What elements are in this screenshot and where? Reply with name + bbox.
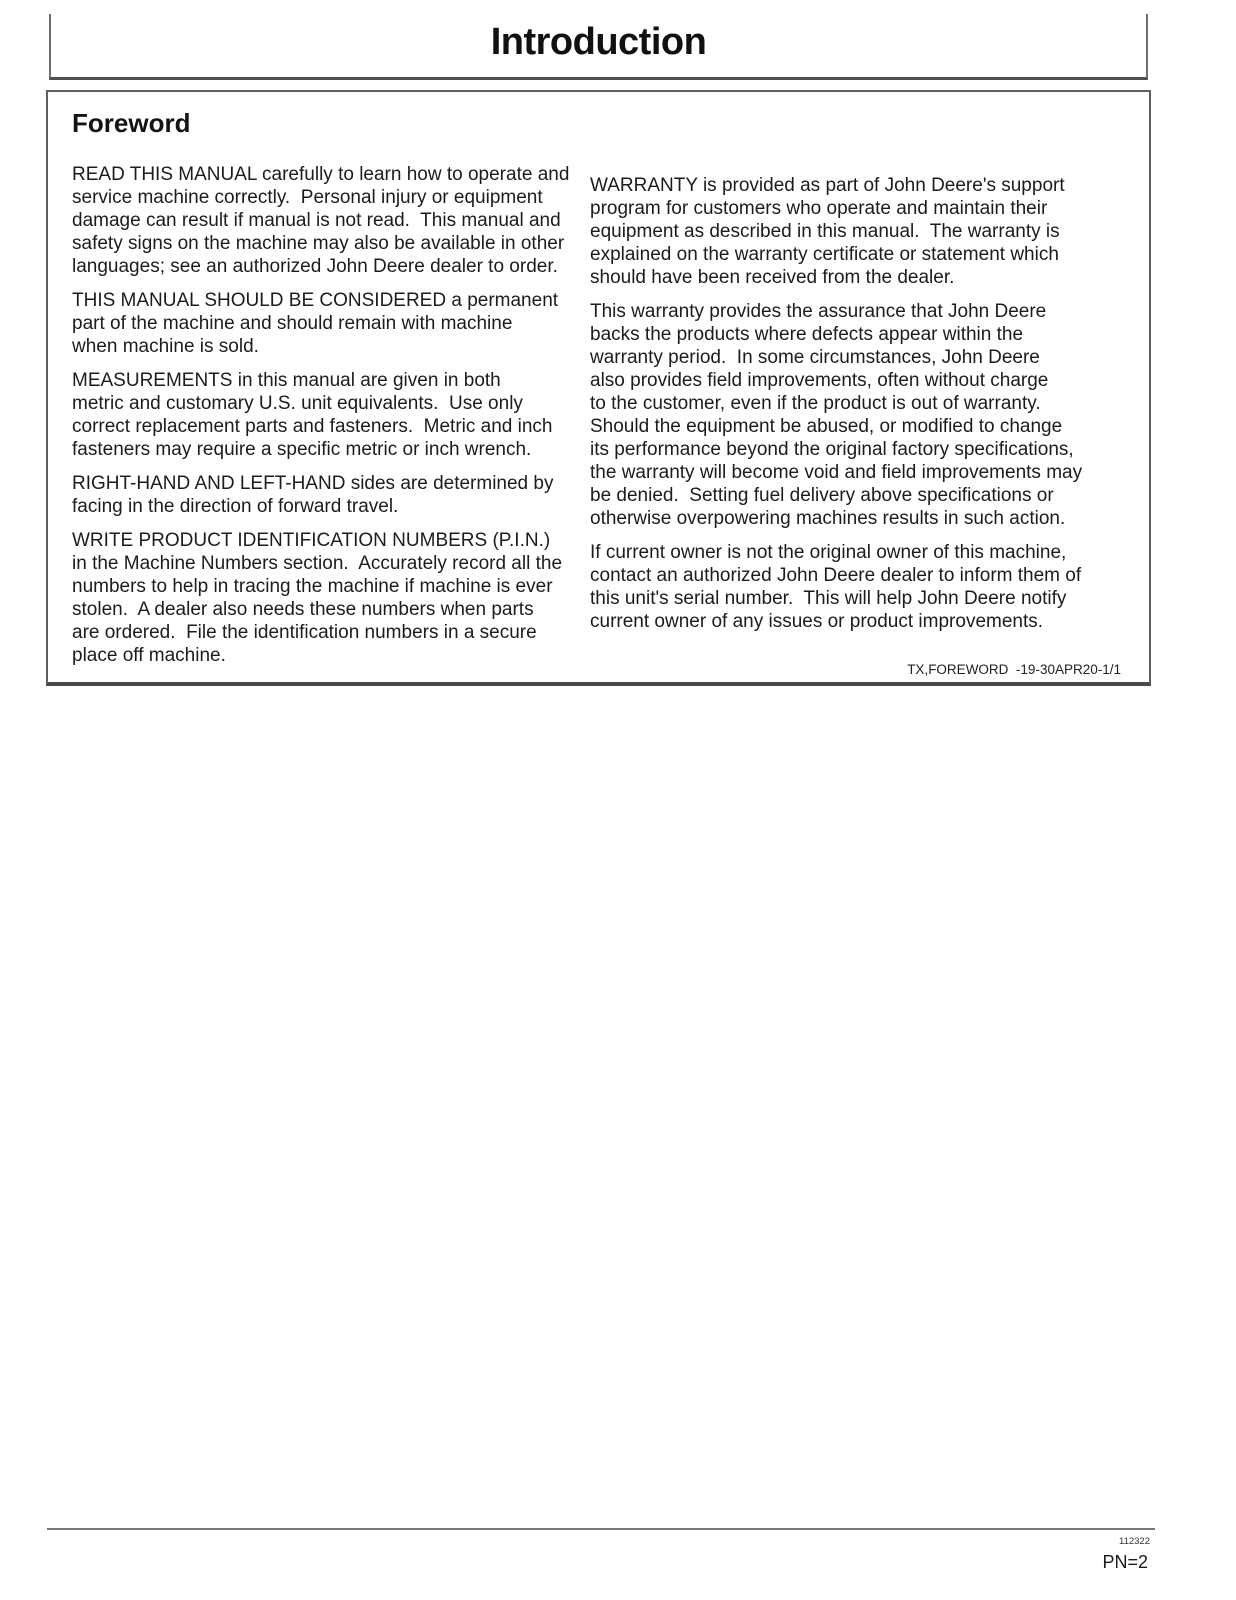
manual-page: Introduction Foreword READ THIS MANUAL c… (0, 0, 1236, 1600)
paragraph-write-pin: WRITE PRODUCT IDENTIFICATION NUMBERS (P.… (72, 529, 590, 667)
foreword-heading: Foreword (72, 108, 1121, 139)
left-column: READ THIS MANUAL carefully to learn how … (72, 163, 590, 678)
paragraph-current-owner: If current owner is not the original own… (590, 541, 1121, 633)
foreword-section: Foreword READ THIS MANUAL carefully to l… (46, 90, 1151, 686)
footer-print-code: 112322 (1119, 1536, 1150, 1547)
footer-page-number: PN=2 (1102, 1552, 1148, 1573)
right-column: WARRANTY is provided as part of John Dee… (590, 163, 1121, 678)
page-title: Introduction (491, 21, 707, 70)
paragraph-warranty-assurance: This warranty provides the assurance tha… (590, 300, 1121, 530)
two-column-layout: READ THIS MANUAL carefully to learn how … (72, 163, 1121, 678)
paragraph-right-left-hand: RIGHT-HAND AND LEFT-HAND sides are deter… (72, 472, 590, 518)
paragraph-warranty-provided: WARRANTY is provided as part of John Dee… (590, 174, 1121, 289)
techpub-reference-code: TX,FOREWORD -19-30APR20-1/1 (907, 662, 1121, 677)
paragraph-manual-permanent: THIS MANUAL SHOULD BE CONSIDERED a perma… (72, 289, 590, 358)
paragraph-read-this-manual: READ THIS MANUAL carefully to learn how … (72, 163, 590, 278)
paragraph-measurements: MEASUREMENTS in this manual are given in… (72, 369, 590, 461)
footer-divider-line (47, 1528, 1155, 1530)
section-title-box: Introduction (49, 14, 1148, 80)
